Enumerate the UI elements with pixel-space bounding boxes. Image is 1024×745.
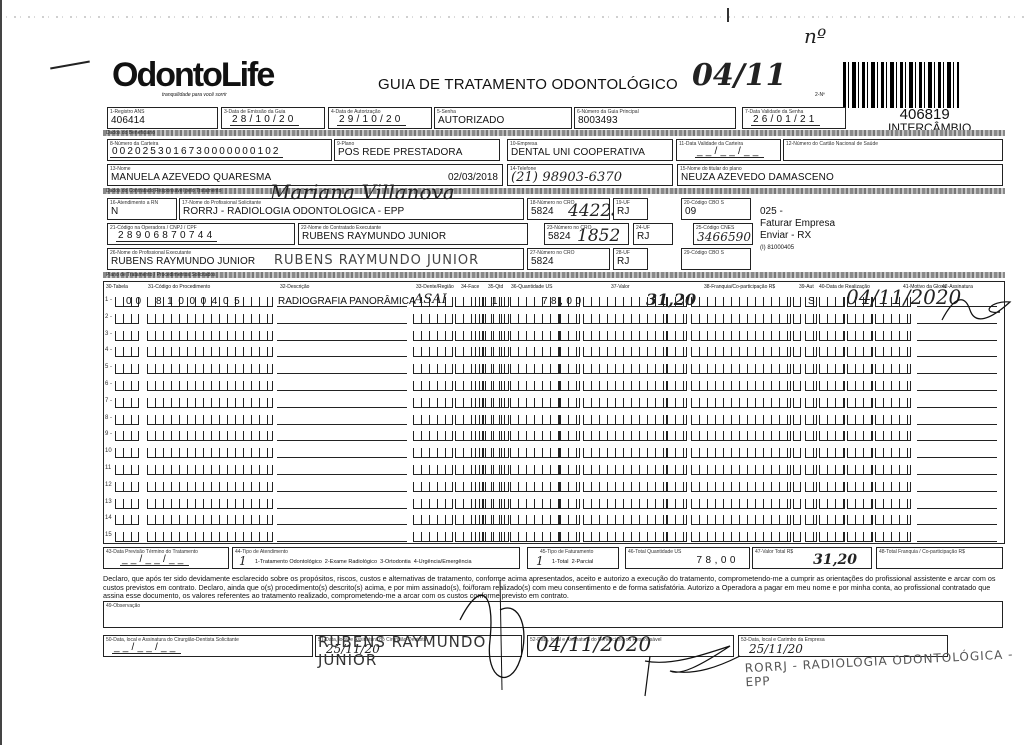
digit-slot[interactable] — [560, 381, 580, 391]
face-slot[interactable] — [455, 331, 483, 341]
digit-slot[interactable] — [583, 532, 667, 542]
digit-slot[interactable] — [691, 532, 791, 542]
face-slot[interactable] — [455, 347, 483, 357]
digit-slot[interactable] — [485, 381, 509, 391]
digit-slot[interactable] — [115, 415, 139, 425]
digit-slot[interactable] — [560, 314, 580, 324]
field-validade-senha[interactable]: 7-Data Validade da Senha26/01/21 — [742, 107, 846, 129]
tooth-slot[interactable] — [413, 465, 453, 475]
digit-slot[interactable] — [147, 415, 273, 425]
digit-slot[interactable] — [583, 448, 667, 458]
digit-slot[interactable] — [115, 515, 139, 525]
field-registro-ans[interactable]: 1-Registro ANS406414 — [107, 107, 218, 129]
digit-slot[interactable] — [560, 398, 580, 408]
digit-slot[interactable] — [819, 398, 845, 408]
digit-slot[interactable] — [667, 515, 687, 525]
digit-slot[interactable] — [819, 314, 845, 324]
signature-line[interactable] — [917, 457, 997, 458]
digit-slot[interactable] — [805, 465, 817, 475]
digit-slot[interactable] — [115, 499, 139, 509]
field-profissional-executante[interactable]: 26-Nome do Profissional ExecutanteRUBENS… — [107, 248, 524, 270]
section-contratado: Dados do Contratado Responsável pelo Tra… — [103, 188, 1005, 194]
digit-slot[interactable] — [485, 314, 509, 324]
digit-slot[interactable] — [510, 532, 560, 542]
digit-slot[interactable] — [583, 381, 667, 391]
digit-slot[interactable] — [805, 314, 817, 324]
digit-slot[interactable] — [805, 448, 817, 458]
row-number: 2 - — [105, 314, 112, 320]
digit-slot[interactable] — [805, 482, 817, 492]
row-number: 14 — [105, 515, 112, 521]
digit-slot[interactable] — [793, 448, 801, 458]
digit-slot[interactable] — [691, 381, 791, 391]
digit-slot[interactable] — [560, 515, 580, 525]
digit-slot[interactable] — [583, 415, 667, 425]
digit-slot[interactable] — [819, 532, 845, 542]
procedure-row[interactable]: 3 - — [105, 327, 1005, 344]
field-data-emissao[interactable]: 3-Data de Emissão da Guia28/10/20 — [221, 107, 325, 129]
description-line[interactable] — [277, 491, 407, 492]
field-valor-total[interactable]: 47-Valor Total R$31,20 — [752, 547, 872, 569]
signature-line[interactable] — [917, 424, 997, 425]
row-number: 15 — [105, 532, 112, 538]
digit-slot[interactable] — [691, 415, 791, 425]
digit-slot[interactable] — [583, 364, 667, 374]
signature-line[interactable] — [917, 407, 997, 408]
digit-slot[interactable] — [667, 415, 687, 425]
digit-slot[interactable] — [805, 381, 817, 391]
digit-slot[interactable] — [875, 364, 911, 374]
face-slot[interactable] — [455, 465, 483, 475]
face-slot[interactable] — [455, 499, 483, 509]
description-line[interactable] — [277, 541, 407, 542]
signature-line[interactable] — [917, 356, 997, 357]
digit-slot[interactable] — [560, 482, 580, 492]
field-cartao-nacional-saude[interactable]: 12-Número do Cartão Nacional de Saúde — [783, 139, 1003, 161]
digit-slot[interactable] — [805, 347, 817, 357]
signature-line[interactable] — [917, 440, 997, 441]
digit-slot[interactable] — [793, 381, 801, 391]
digit-slot[interactable] — [691, 448, 791, 458]
digit-slot[interactable] — [667, 331, 687, 341]
procedure-row[interactable]: 12 — [105, 478, 1005, 495]
digit-slot[interactable] — [115, 431, 139, 441]
digit-slot[interactable] — [847, 515, 873, 525]
digit-slot[interactable] — [583, 314, 667, 324]
digit-slot[interactable] — [147, 448, 273, 458]
face-slot[interactable] — [455, 532, 483, 542]
digit-slot[interactable] — [819, 448, 845, 458]
digit-slot[interactable] — [485, 415, 509, 425]
digit-slot[interactable] — [147, 314, 273, 324]
field-uf-solicitante[interactable]: 19-UFRJ — [613, 198, 648, 220]
digit-slot[interactable] — [485, 499, 509, 509]
signature-line[interactable] — [917, 390, 997, 391]
description-line[interactable] — [277, 457, 407, 458]
birth-date: 02/03/2018 — [448, 172, 498, 183]
digit-slot[interactable] — [115, 482, 139, 492]
digit-slot[interactable] — [875, 331, 911, 341]
field-cnes[interactable]: 25-Código CNES3466590 — [693, 223, 753, 245]
digit-slot[interactable] — [819, 415, 845, 425]
tooth-slot[interactable] — [413, 398, 453, 408]
digit-slot[interactable] — [793, 515, 801, 525]
digit-slot[interactable] — [485, 398, 509, 408]
digit-slot[interactable] — [485, 431, 509, 441]
tooth-slot[interactable] — [413, 448, 453, 458]
digit-slot[interactable] — [667, 482, 687, 492]
digit-slot[interactable] — [583, 347, 667, 357]
procedure-row[interactable]: 5 - — [105, 360, 1005, 377]
digit-slot[interactable] — [510, 381, 560, 391]
field-validade-carteira[interactable]: 11-Data Validade da Carteira__/__/__ — [676, 139, 781, 161]
digit-slot[interactable] — [819, 364, 845, 374]
field-data-autorizacao[interactable]: 4-Data de Autorização29/10/20 — [328, 107, 432, 129]
digit-slot[interactable] — [510, 515, 560, 525]
procedure-row[interactable]: 11 — [105, 461, 1005, 478]
digit-slot[interactable] — [819, 381, 845, 391]
digit-slot[interactable] — [667, 364, 687, 374]
barcode — [843, 62, 959, 108]
field-empresa[interactable]: 10-EmpresaDENTAL UNI COOPERATIVA — [507, 139, 673, 161]
digit-slot[interactable] — [510, 347, 560, 357]
digit-slot[interactable] — [510, 415, 560, 425]
field-cro-solicitante[interactable]: 18-Número no CRO582444223 — [527, 198, 610, 220]
digit-slot[interactable] — [485, 347, 509, 357]
digit-slot[interactable] — [793, 465, 801, 475]
digit-slot[interactable] — [115, 398, 139, 408]
digit-slot[interactable] — [560, 465, 580, 475]
digit-slot[interactable] — [691, 431, 791, 441]
digit-slot[interactable] — [847, 415, 873, 425]
tooth-slot[interactable] — [413, 482, 453, 492]
digit-slot[interactable] — [667, 448, 687, 458]
digit-slot[interactable] — [485, 364, 509, 374]
digit-slot[interactable] — [847, 364, 873, 374]
digit-slot[interactable] — [847, 465, 873, 475]
digit-slot[interactable] — [805, 431, 817, 441]
digit-slot[interactable] — [510, 431, 560, 441]
field-guia-principal[interactable]: 6-Número da Guia Principal8003493 — [574, 107, 736, 129]
tooth-slot[interactable] — [413, 532, 453, 542]
digit-slot[interactable] — [583, 398, 667, 408]
digit-slot[interactable] — [560, 364, 580, 374]
procedure-row[interactable]: 15 — [105, 528, 1005, 545]
field-total-quantidade-us[interactable]: 46-Total Quantidade US78,00 — [625, 547, 750, 569]
field-cro-executante[interactable]: 23-Número no CRO58241852 — [544, 223, 629, 245]
field-plano[interactable]: 9-PlanoPOS REDE PRESTADORA — [334, 139, 500, 161]
digit-slot[interactable] — [147, 381, 273, 391]
digit-slot[interactable] — [510, 482, 560, 492]
digit-slot[interactable] — [691, 314, 791, 324]
digit-slot[interactable] — [147, 398, 273, 408]
digit-slot[interactable] — [667, 431, 687, 441]
digit-slot[interactable] — [147, 364, 273, 374]
procedure-row[interactable]: 4 - — [105, 343, 1005, 360]
signature-line[interactable] — [917, 541, 997, 542]
digit-slot[interactable] — [510, 448, 560, 458]
digit-slot[interactable] — [793, 415, 801, 425]
digit-slot[interactable] — [691, 499, 791, 509]
digit-slot[interactable] — [510, 465, 560, 475]
description-line[interactable] — [277, 340, 407, 341]
digit-slot[interactable] — [115, 347, 139, 357]
field-tipo-faturamento[interactable]: 45-Tipo de Faturamento11-Total 2-Parcial — [527, 547, 619, 569]
digit-slot[interactable] — [115, 314, 139, 324]
tooth-slot[interactable] — [413, 431, 453, 441]
field-tipo-atendimento[interactable]: 44-Tipo de Atendimento11-Tratamento Odon… — [232, 547, 520, 569]
digit-slot[interactable] — [819, 465, 845, 475]
digit-slot[interactable] — [805, 331, 817, 341]
field-codigo-operadora[interactable]: 21-Código na Operadora / CNPJ / CPF28906… — [107, 223, 295, 245]
digit-slot[interactable] — [819, 482, 845, 492]
digit-slot[interactable] — [485, 482, 509, 492]
digit-slot[interactable] — [819, 515, 845, 525]
digit-slot[interactable] — [485, 465, 509, 475]
digit-slot[interactable] — [583, 331, 667, 341]
digit-slot[interactable] — [847, 314, 873, 324]
digit-slot[interactable] — [875, 515, 911, 525]
signature-line[interactable] — [917, 524, 997, 525]
signature-scribble-row1 — [940, 290, 1020, 330]
description-line[interactable] — [277, 474, 407, 475]
digit-slot[interactable] — [691, 515, 791, 525]
face-slot[interactable] — [455, 398, 483, 408]
digit-slot[interactable] — [667, 314, 687, 324]
digit-slot[interactable] — [805, 415, 817, 425]
digit-slot[interactable] — [115, 465, 139, 475]
field-atendimento-rn[interactable]: 16-Atendimento a RNN — [107, 198, 177, 220]
description-line[interactable] — [277, 508, 407, 509]
digit-slot[interactable] — [485, 448, 509, 458]
digit-slot[interactable] — [847, 331, 873, 341]
face-slot[interactable] — [455, 482, 483, 492]
field-contratado-executante[interactable]: 22-Nome do Contratado ExecutanteRUBENS R… — [298, 223, 528, 245]
digit-slot[interactable] — [667, 465, 687, 475]
digit-slot[interactable] — [691, 347, 791, 357]
digit-slot[interactable] — [875, 381, 911, 391]
digit-slot[interactable] — [793, 331, 801, 341]
digit-slot[interactable] — [847, 347, 873, 357]
procedure-row[interactable]: 8 - — [105, 411, 1005, 428]
digit-slot[interactable] — [510, 331, 560, 341]
field-uf-profissional[interactable]: 28-UFRJ — [613, 248, 648, 270]
digit-slot[interactable] — [147, 499, 273, 509]
digit-slot[interactable] — [875, 314, 911, 324]
digit-slot[interactable] — [793, 499, 801, 509]
description-line[interactable] — [277, 356, 407, 357]
face-slot[interactable] — [455, 364, 483, 374]
digit-slot[interactable] — [583, 465, 667, 475]
digit-slot[interactable] — [805, 398, 817, 408]
digit-slot[interactable] — [875, 448, 911, 458]
procedure-row[interactable]: 13 — [105, 495, 1005, 512]
digit-slot[interactable] — [667, 532, 687, 542]
description-line[interactable] — [277, 373, 407, 374]
digit-slot[interactable] — [560, 448, 580, 458]
digit-slot[interactable] — [583, 482, 667, 492]
digit-slot[interactable] — [793, 347, 801, 357]
procedure-row[interactable]: 14 — [105, 511, 1005, 528]
digit-slot[interactable] — [847, 398, 873, 408]
digit-slot[interactable] — [560, 415, 580, 425]
digit-slot[interactable] — [793, 532, 801, 542]
signature-line[interactable] — [917, 491, 997, 492]
description-line[interactable] — [277, 390, 407, 391]
field-data-previsao-termino[interactable]: 43-Data Previsão Término do Tratamento__… — [103, 547, 229, 569]
digit-slot[interactable] — [147, 482, 273, 492]
digit-slot[interactable] — [847, 381, 873, 391]
field-uf-executante[interactable]: 24-UFRJ — [633, 223, 673, 245]
digit-slot[interactable] — [875, 347, 911, 357]
field-numero-carteira[interactable]: 8-Número da Carteira00202530167300000001… — [107, 139, 332, 161]
digit-slot[interactable] — [510, 364, 560, 374]
face-slot[interactable] — [455, 381, 483, 391]
digit-slot[interactable] — [583, 515, 667, 525]
procedure-row[interactable]: 6 - — [105, 377, 1005, 394]
procedure-row[interactable]: 10 — [105, 444, 1005, 461]
digit-slot[interactable] — [115, 381, 139, 391]
digit-slot[interactable] — [115, 331, 139, 341]
row-number: 6 - — [105, 381, 112, 387]
row-number: 8 - — [105, 415, 112, 421]
digit-slot[interactable] — [147, 465, 273, 475]
digit-slot[interactable] — [560, 499, 580, 509]
procedure-row[interactable]: 7 - — [105, 394, 1005, 411]
digit-slot[interactable] — [875, 415, 911, 425]
digit-slot[interactable] — [485, 331, 509, 341]
digit-slot[interactable] — [510, 398, 560, 408]
digit-slot[interactable] — [847, 431, 873, 441]
field-cro-profissional[interactable]: 27-Número no CRO5824 — [527, 248, 610, 270]
face-slot[interactable] — [455, 515, 483, 525]
field-assinatura-solicitante[interactable]: 50-Data, local e Assinatura do Cirurgião… — [103, 635, 313, 657]
pen-mark-top — [727, 8, 729, 22]
digit-slot[interactable] — [510, 499, 560, 509]
face-slot[interactable] — [455, 448, 483, 458]
row-number: 11 — [105, 465, 111, 471]
digit-slot[interactable] — [485, 515, 509, 525]
tooth-slot[interactable] — [413, 331, 453, 341]
digit-slot[interactable] — [805, 364, 817, 374]
digit-slot[interactable] — [875, 532, 911, 542]
tooth-slot[interactable] — [413, 415, 453, 425]
signature-line[interactable] — [917, 340, 997, 341]
digit-slot[interactable] — [691, 465, 791, 475]
digit-slot[interactable] — [847, 448, 873, 458]
digit-slot[interactable] — [560, 331, 580, 341]
signature-line[interactable] — [917, 508, 997, 509]
description-line[interactable] — [277, 323, 407, 324]
digit-slot[interactable] — [875, 499, 911, 509]
signature-line[interactable] — [917, 373, 997, 374]
digit-slot[interactable] — [147, 331, 273, 341]
digit-slot[interactable] — [147, 532, 273, 542]
digit-slot[interactable] — [875, 398, 911, 408]
digit-slot[interactable] — [793, 431, 801, 441]
digit-slot[interactable] — [819, 431, 845, 441]
face-slot[interactable] — [455, 415, 483, 425]
digit-slot[interactable] — [805, 499, 817, 509]
description-line[interactable] — [277, 440, 407, 441]
face-slot[interactable] — [455, 431, 483, 441]
digit-slot[interactable] — [793, 398, 801, 408]
tooth-slot[interactable] — [413, 381, 453, 391]
field-total-franquia[interactable]: 48-Total Franquia / Co-participação R$ — [876, 547, 1003, 569]
digit-slot[interactable] — [847, 482, 873, 492]
description-line[interactable] — [277, 407, 407, 408]
side-notes: 025 - Faturar Empresa Enviar - RX (I) 81… — [760, 206, 835, 254]
digit-slot[interactable] — [793, 364, 801, 374]
digit-slot[interactable] — [560, 431, 580, 441]
tooth-slot[interactable] — [413, 347, 453, 357]
digit-slot[interactable] — [147, 515, 273, 525]
digit-slot[interactable] — [583, 431, 667, 441]
digit-slot[interactable] — [583, 499, 667, 509]
digit-slot[interactable] — [691, 331, 791, 341]
row-number: 7 - — [105, 398, 112, 404]
digit-slot[interactable] — [819, 499, 845, 509]
tooth-slot[interactable] — [413, 515, 453, 525]
field-cbo-solicitante[interactable]: 20-Código CBO S09 — [681, 198, 751, 220]
face-slot[interactable] — [455, 314, 483, 324]
description-line[interactable] — [277, 424, 407, 425]
digit-slot[interactable] — [115, 532, 139, 542]
digit-slot[interactable] — [560, 532, 580, 542]
digit-slot[interactable] — [847, 499, 873, 509]
digit-slot[interactable] — [875, 465, 911, 475]
field-senha[interactable]: 5-SenhaAUTORIZADO — [434, 107, 572, 129]
digit-slot[interactable] — [147, 431, 273, 441]
digit-slot[interactable] — [115, 364, 139, 374]
digit-slot[interactable] — [805, 532, 817, 542]
signature-line[interactable] — [917, 474, 997, 475]
procedure-row[interactable]: 2 - — [105, 310, 1005, 327]
digit-slot[interactable] — [115, 448, 139, 458]
digit-slot[interactable] — [819, 331, 845, 341]
digit-slot[interactable] — [691, 482, 791, 492]
digit-slot[interactable] — [667, 347, 687, 357]
digit-slot[interactable] — [510, 314, 560, 324]
handwritten-date: 04/11 — [692, 58, 786, 93]
digit-slot[interactable] — [847, 532, 873, 542]
section-plano-tratamento: Plano de Tratamento / Procedimentos Soli… — [103, 272, 1005, 278]
tooth-slot[interactable] — [413, 314, 453, 324]
digit-slot[interactable] — [667, 499, 687, 509]
handwritten-top-note: nº — [804, 24, 826, 48]
digit-slot[interactable] — [805, 515, 817, 525]
digit-slot[interactable] — [691, 364, 791, 374]
digit-slot[interactable] — [875, 482, 911, 492]
digit-slot[interactable] — [691, 398, 791, 408]
description-line[interactable] — [277, 524, 407, 525]
field-telefone[interactable]: 14-Telefone(21) 98903-6370 — [507, 164, 673, 186]
procedure-row[interactable]: 9 - — [105, 427, 1005, 444]
tooth-slot[interactable] — [413, 364, 453, 374]
digit-slot[interactable] — [793, 482, 801, 492]
digit-slot[interactable] — [147, 347, 273, 357]
digit-slot[interactable] — [667, 381, 687, 391]
digit-slot[interactable] — [560, 347, 580, 357]
digit-slot[interactable] — [875, 431, 911, 441]
digit-slot[interactable] — [485, 532, 509, 542]
digit-slot[interactable] — [667, 398, 687, 408]
field-cbo-profissional[interactable]: 29-Código CBO S — [681, 248, 751, 270]
field-titular-plano[interactable]: 15-Nome do titular do planoNEUZA AZEVEDO… — [677, 164, 1003, 186]
digit-slot[interactable] — [819, 347, 845, 357]
digit-slot[interactable] — [793, 314, 801, 324]
tooth-slot[interactable] — [413, 499, 453, 509]
